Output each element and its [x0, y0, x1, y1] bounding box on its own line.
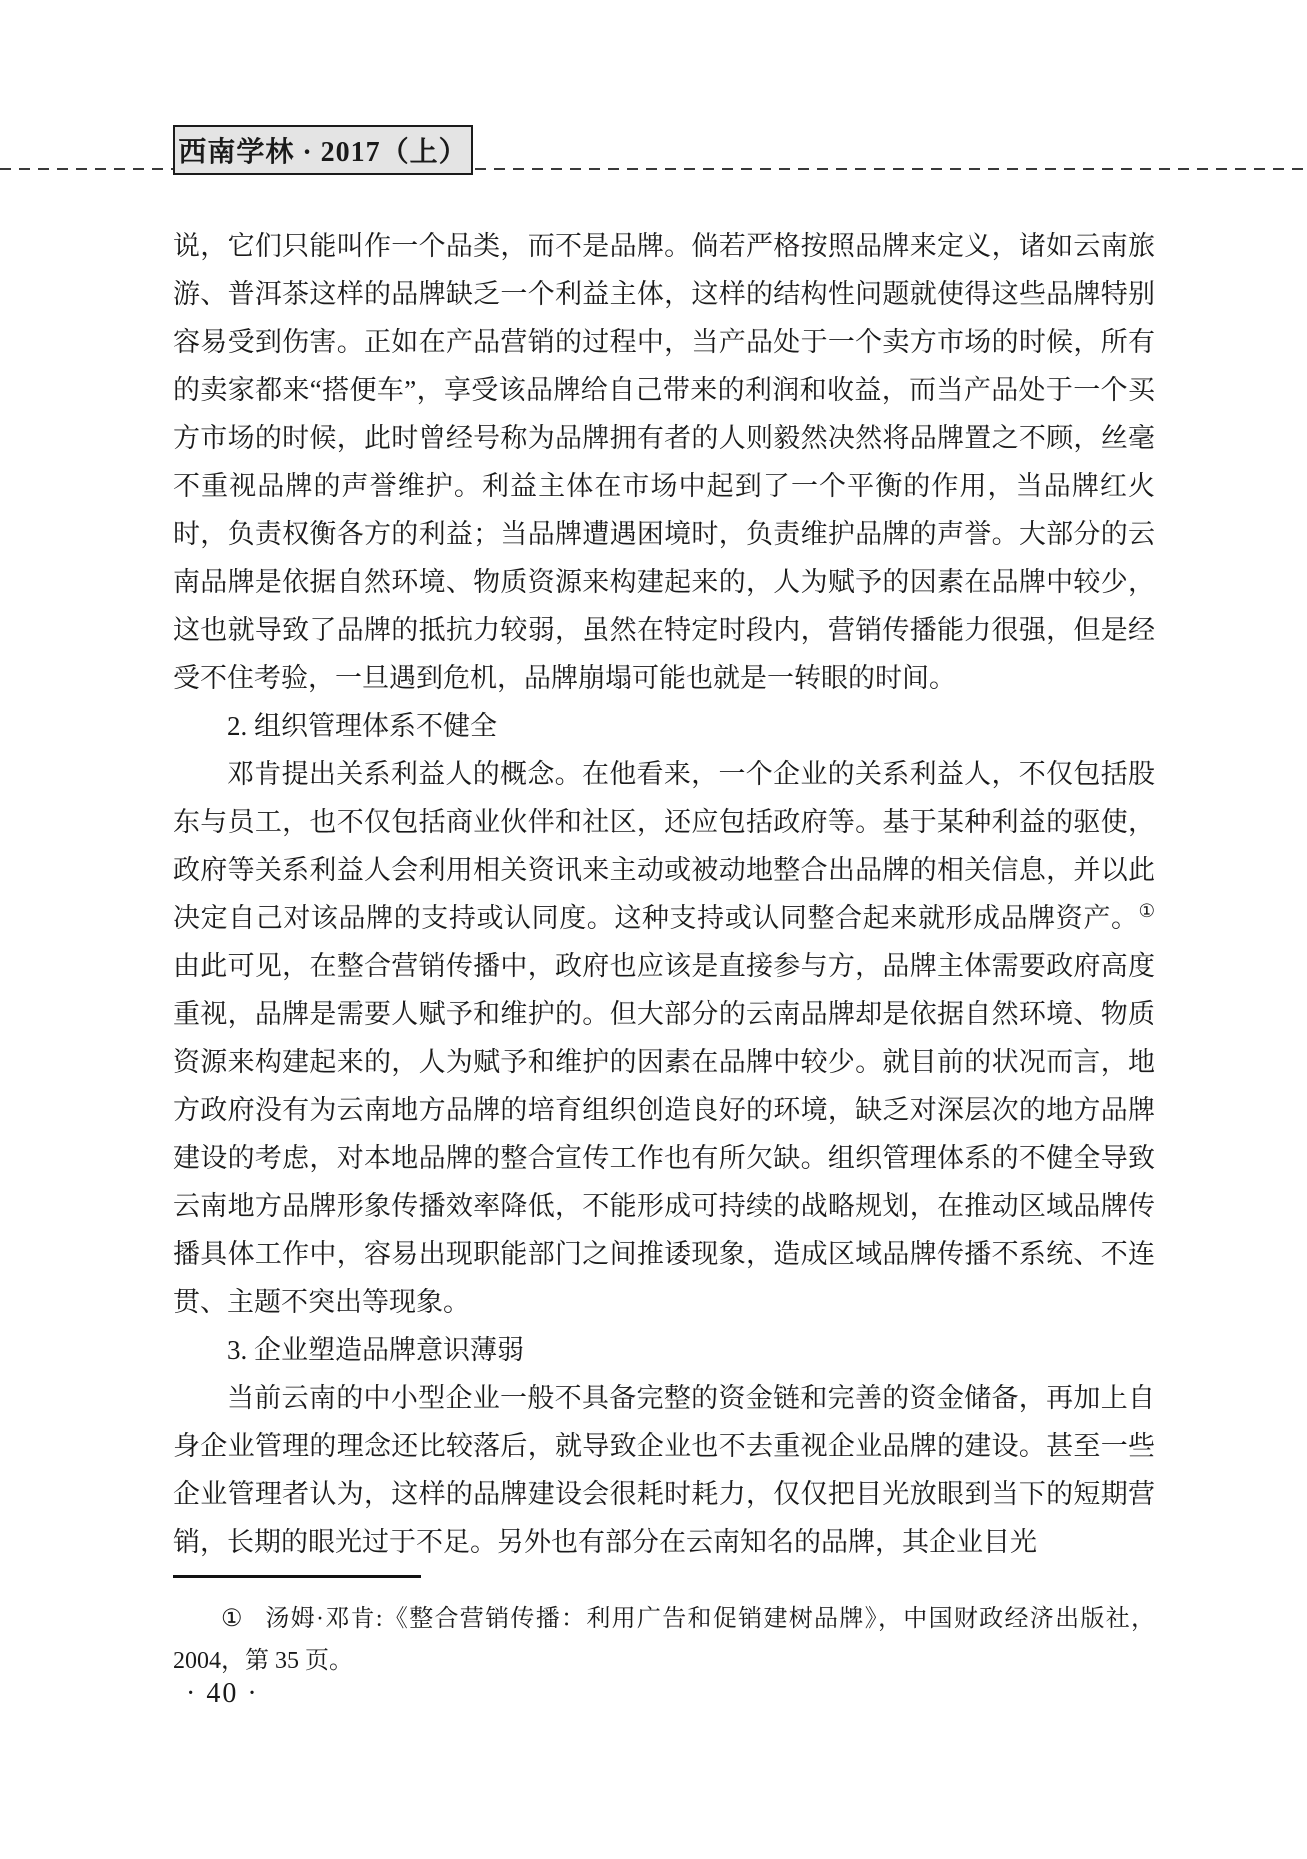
footnote-separator — [173, 1575, 421, 1578]
running-header-box: 西南学林 · 2017（上） — [173, 125, 473, 175]
paragraph-enterprise: 当前云南的中小型企业一般不具备完整的资金链和完善的资金储备，再加上自身企业管理的… — [173, 1374, 1155, 1566]
document-page: 西南学林 · 2017（上） 说，它们只能叫作一个品类，而不是品牌。倘若严格按照… — [0, 0, 1307, 1859]
section-heading-2: 2. 组织管理体系不健全 — [173, 702, 1155, 750]
paragraph-text-before-ref: 邓肯提出关系利益人的概念。在他看来，一个企业的关系利益人，不仅包括股东与员工，也… — [173, 759, 1155, 933]
page-number: · 40 · — [186, 1678, 259, 1710]
footnote: ①汤姆·邓肯:《整合营销传播：利用广告和促销建树品牌》，中国财政经济出版社，20… — [173, 1598, 1155, 1682]
footnote-ref-marker: ① — [1139, 901, 1155, 921]
paragraph-continuation: 说，它们只能叫作一个品类，而不是品牌。倘若严格按照品牌来定义，诸如云南旅游、普洱… — [173, 222, 1155, 702]
section-heading-3: 3. 企业塑造品牌意识薄弱 — [173, 1326, 1155, 1374]
paragraph-text-after-ref: 由此可见，在整合营销传播中，政府也应该是直接参与方，品牌主体需要政府高度重视，品… — [173, 951, 1155, 1317]
journal-title: 西南学林 · 2017（上） — [178, 130, 467, 170]
article-body: 说，它们只能叫作一个品类，而不是品牌。倘若严格按照品牌来定义，诸如云南旅游、普洱… — [173, 222, 1155, 1566]
footnote-text: 汤姆·邓肯:《整合营销传播：利用广告和促销建树品牌》，中国财政经济出版社，200… — [173, 1606, 1155, 1674]
footnote-number: ① — [221, 1606, 244, 1632]
paragraph-organization: 邓肯提出关系利益人的概念。在他看来，一个企业的关系利益人，不仅包括股东与员工，也… — [173, 750, 1155, 1326]
